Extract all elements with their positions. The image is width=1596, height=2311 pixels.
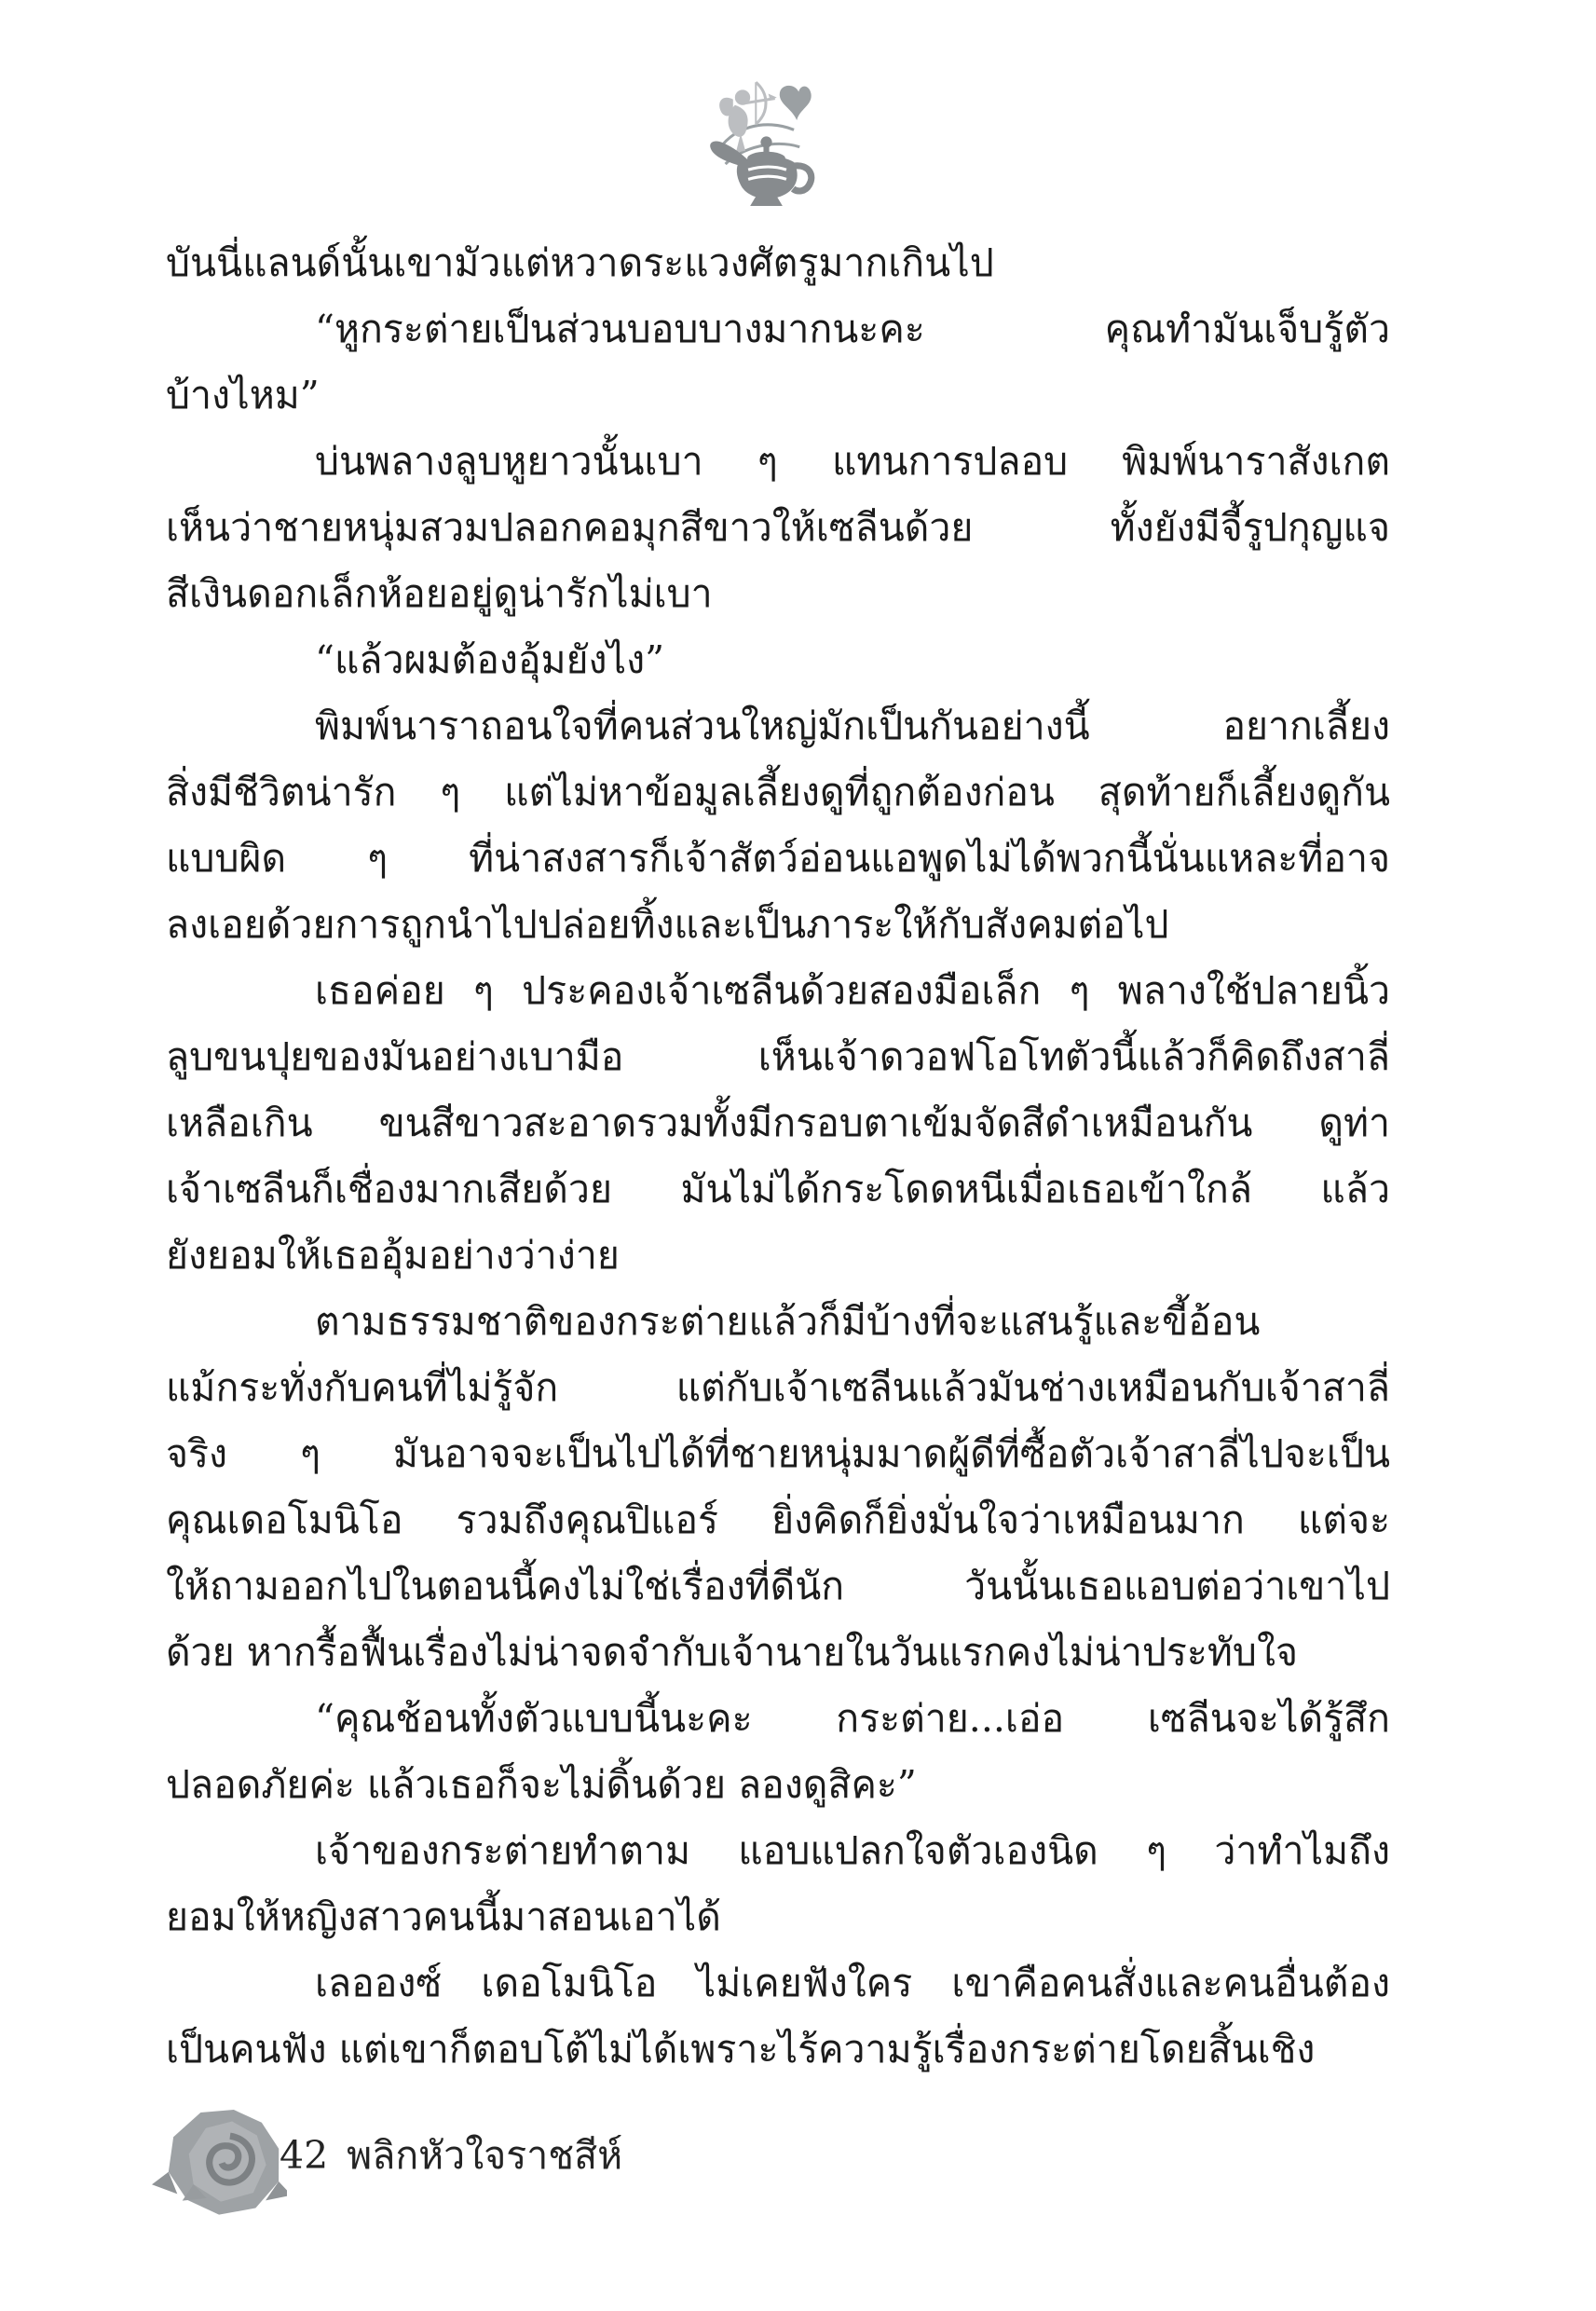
text-line: ยอมให้หญิงสาวคนนี้มาสอนเอาได้ [166,1884,1390,1950]
text-line: “คุณช้อนทั้งตัวแบบนี้นะคะ กระต่าย...เอ่อ… [166,1686,1390,1752]
text-line: ยังยอมให้เธออุ้มอย่างว่าง่าย [166,1223,1390,1289]
page-number: 42 [280,2133,328,2178]
text-line: “หูกระต่ายเป็นส่วนบอบบางมากนะคะ คุณทำมัน… [166,296,1390,362]
text-line: ลงเอยด้วยการถูกนำไปปล่อยทิ้งและเป็นภาระใ… [166,892,1390,958]
page-body-text: บันนี่แลนด์นั้นเขามัวแต่หวาดระแวงศัตรูมา… [166,230,1390,2083]
text-line: เลอองซ์ เดอโมนิโอ ไม่เคยฟังใคร เขาคือคนส… [166,1950,1390,2017]
text-line: เจ้าเซลีนก็เชื่องมากเสียด้วย มันไม่ได้กร… [166,1156,1390,1223]
text-line: เป็นคนฟัง แต่เขาก็ตอบโต้ไม่ได้เพราะไร้คว… [166,2017,1390,2083]
text-line: เธอค่อย ๆ ประคองเจ้าเซลีนด้วยสองมือเล็ก … [166,958,1390,1024]
text-line: เหลือเกิน ขนสีขาวสะอาดรวมทั้งมีกรอบตาเข้… [166,1090,1390,1156]
page-footer: 42พลิกหัวใจราชสีห์ [280,2128,622,2182]
text-line: เจ้าของกระต่ายทำตาม แอบแปลกใจตัวเองนิด ๆ… [166,1818,1390,1884]
text-line: จริง ๆ มันอาจจะเป็นไปได้ที่ชายหนุ่มมาดผู… [166,1421,1390,1487]
text-line: พิมพ์นาราถอนใจที่คนส่วนใหญ่มักเป็นกันอย่… [166,693,1390,759]
text-line: ให้ถามออกไปในตอนนี้คงไม่ใช่เรื่องที่ดีนั… [166,1553,1390,1620]
text-line: ลูบขนปุยของมันอย่างเบามือ เห็นเจ้าดวอฟโอ… [166,1024,1390,1090]
book-page: บันนี่แลนด์นั้นเขามัวแต่หวาดระแวงศัตรูมา… [0,0,1596,2311]
text-line: ด้วย หากรื้อฟื้นเรื่องไม่น่าจดจำกับเจ้าน… [166,1620,1390,1686]
text-line: แบบผิด ๆ ที่น่าสงสารก็เจ้าสัตว์อ่อนแอพูด… [166,826,1390,892]
text-line: บ่นพลางลูบหูยาวนั้นเบา ๆ แทนการปลอบ พิมพ… [166,429,1390,495]
cupid-lamp-ornament-icon [706,71,825,209]
text-line: บ้างไหม” [166,362,1390,429]
text-line: สิ่งมีชีวิตน่ารัก ๆ แต่ไม่หาข้อมูลเลี้ยง… [166,759,1390,826]
rose-icon [140,2106,287,2227]
text-line: เห็นว่าชายหนุ่มสวมปลอกคอมุกสีขาวให้เซลีน… [166,495,1390,561]
book-title: พลิกหัวใจราชสีห์ [347,2133,622,2178]
text-line: ตามธรรมชาติของกระต่ายแล้วก็มีบ้างที่จะแส… [166,1289,1390,1355]
text-line: คุณเดอโมนิโอ รวมถึงคุณปิแอร์ ยิ่งคิดก็ยิ… [166,1487,1390,1553]
text-line: ปลอดภัยค่ะ แล้วเธอก็จะไม่ดิ้นด้วย ลองดูส… [166,1752,1390,1818]
text-line: แม้กระทั่งกับคนที่ไม่รู้จัก แต่กับเจ้าเซ… [166,1355,1390,1421]
text-line: บันนี่แลนด์นั้นเขามัวแต่หวาดระแวงศัตรูมา… [166,230,1390,296]
text-line: สีเงินดอกเล็กห้อยอยู่ดูน่ารักไม่เบา [166,561,1390,627]
text-line: “แล้วผมต้องอุ้มยังไง” [166,627,1390,693]
